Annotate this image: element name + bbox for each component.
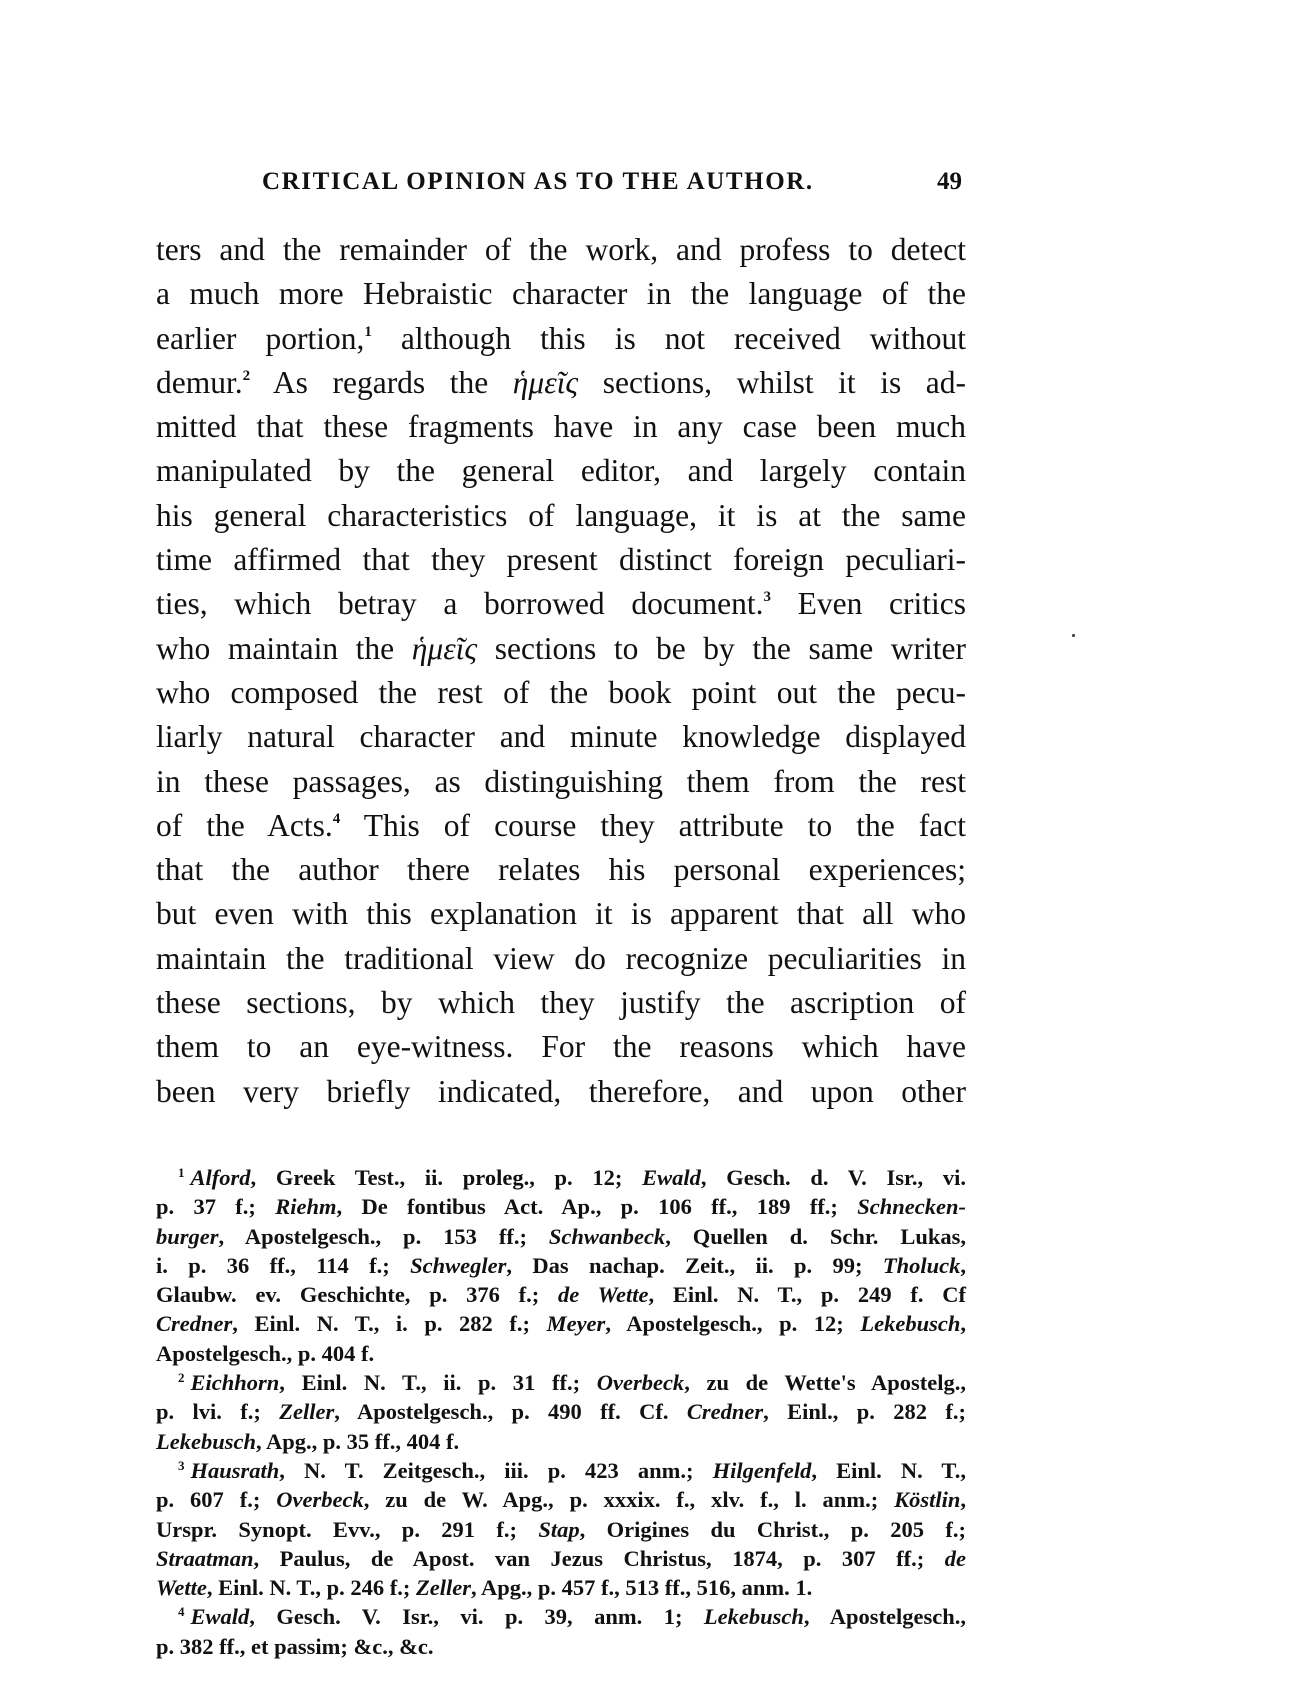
author-name: Alford [191,1165,251,1190]
footnote-line: Straatman, Paulus, de Apost. van Jezus C… [156,1544,966,1573]
body-line: a much more Hebraistic character in the … [156,272,966,316]
author-name: Overbeck [597,1370,684,1395]
book-page: CRITICAL OPINION AS TO THE AUTHOR. 49 te… [0,0,1292,1700]
footnote-line: 1Alford, Greek Test., ii. proleg., p. 12… [156,1163,966,1192]
author-name: Hilgenfeld [713,1458,812,1483]
body-line: his general characteristics of language,… [156,494,966,538]
body-line: liarly natural character and minute know… [156,715,966,759]
author-name: Credner [156,1311,232,1336]
author-name: de Wette [558,1282,648,1307]
author-name: Zeller [416,1575,471,1600]
footnote-line: Credner, Einl. N. T., i. p. 282 f.; Meye… [156,1309,966,1338]
footnote-marker: 3 [178,1458,185,1473]
footnote-line: Lekebusch, Apg., p. 35 ff., 404 f. [156,1427,966,1456]
author-name: Zeller [279,1399,334,1424]
author-name: Eichhorn [191,1370,280,1395]
author-name: Wette [156,1575,207,1600]
body-line: maintain the traditional view do recogni… [156,937,966,981]
body-line: that the author there relates his person… [156,848,966,892]
running-head: CRITICAL OPINION AS TO THE AUTHOR. 49 [156,168,966,200]
footnote-line: Urspr. Synopt. Evv., p. 291 f.; Stap, Or… [156,1515,966,1544]
body-line: these sections, by which they justify th… [156,981,966,1025]
running-title: CRITICAL OPINION AS TO THE AUTHOR. [262,168,814,196]
author-name: Ewald [191,1604,250,1629]
body-line: manipulated by the general editor, and l… [156,449,966,493]
author-name: Schwegler [410,1253,506,1278]
author-name: Lekebusch [156,1429,256,1454]
author-name: Riehm [275,1194,336,1219]
author-name: Overbeck [276,1487,363,1512]
footnote-line: p. 607 f.; Overbeck, zu de W. Apg., p. x… [156,1485,966,1514]
author-name: Köstlin [894,1487,960,1512]
body-line: demur.2 As regards the ἡμεῖς sections, w… [156,361,966,405]
footnote-line: p. 382 ff., et passim; &c., &c. [156,1632,966,1661]
author-name: Lekebusch [860,1311,960,1336]
footnote-line: Glaubw. ev. Geschichte, p. 376 f.; de We… [156,1280,966,1309]
footnote-marker: 2 [178,1370,185,1385]
body-line: time affirmed that they present distinct… [156,538,966,582]
footnote-line: 4Ewald, Gesch. V. Isr., vi. p. 39, anm. … [156,1602,966,1631]
footnote-line: Apostelgesch., p. 404 f. [156,1339,966,1368]
body-line: earlier portion,1 although this is not r… [156,317,966,361]
author-name: Straatman [156,1546,254,1571]
author-name: burger [156,1224,219,1249]
author-name: Schnecken- [857,1194,966,1219]
author-name: de [945,1546,966,1571]
author-name: Meyer [547,1311,606,1336]
footnotes: 1Alford, Greek Test., ii. proleg., p. 12… [156,1163,966,1661]
body-line: but even with this explanation it is app… [156,892,966,936]
body-line: ties, which betray a borrowed document.3… [156,582,966,626]
body-line: them to an eye-witness. For the reasons … [156,1025,966,1069]
author-name: Tholuck [883,1253,961,1278]
footnote-marker: 4 [178,1604,185,1619]
author-name: Lekebusch [704,1604,804,1629]
body-line: ters and the remainder of the work, and … [156,228,966,272]
footnote-line: Wette, Einl. N. T., p. 246 f.; Zeller, A… [156,1573,966,1602]
author-name: Schwanbeck [549,1224,665,1249]
body-line: who composed the rest of the book point … [156,671,966,715]
scan-speck [1072,634,1075,637]
body-line: who maintain the ἡμεῖς sections to be by… [156,627,966,671]
footnote-line: p. lvi. f.; Zeller, Apostelgesch., p. 49… [156,1397,966,1426]
footnote-marker: 1 [178,1165,185,1180]
body-line: mitted that these fragments have in any … [156,405,966,449]
footnote-line: 2Eichhorn, Einl. N. T., ii. p. 31 ff.; O… [156,1368,966,1397]
footnote-reference: 3 [763,589,771,605]
footnote-line: i. p. 36 ff., 114 f.; Schwegler, Das nac… [156,1251,966,1280]
footnote-reference: 1 [364,324,372,340]
author-name: Stap [538,1517,579,1542]
footnote-line: p. 37 f.; Riehm, De fontibus Act. Ap., p… [156,1192,966,1221]
body-line: been very briefly indicated, therefore, … [156,1070,966,1114]
page-number: 49 [937,168,962,196]
author-name: Ewald [642,1165,701,1190]
footnote-line: burger, Apostelgesch., p. 153 ff.; Schwa… [156,1222,966,1251]
body-line: in these passages, as distinguishing the… [156,760,966,804]
body-text: ters and the remainder of the work, and … [156,228,966,1114]
author-name: Hausrath [191,1458,280,1483]
greek-word: ἡμεῖς [513,365,578,400]
author-name: Credner [687,1399,763,1424]
body-line: of the Acts.4 This of course they attrib… [156,804,966,848]
footnote-reference: 4 [333,811,341,827]
footnote-line: 3Hausrath, N. T. Zeitgesch., iii. p. 423… [156,1456,966,1485]
greek-word: ἡμεῖς [412,631,477,666]
footnote-reference: 2 [243,368,251,384]
